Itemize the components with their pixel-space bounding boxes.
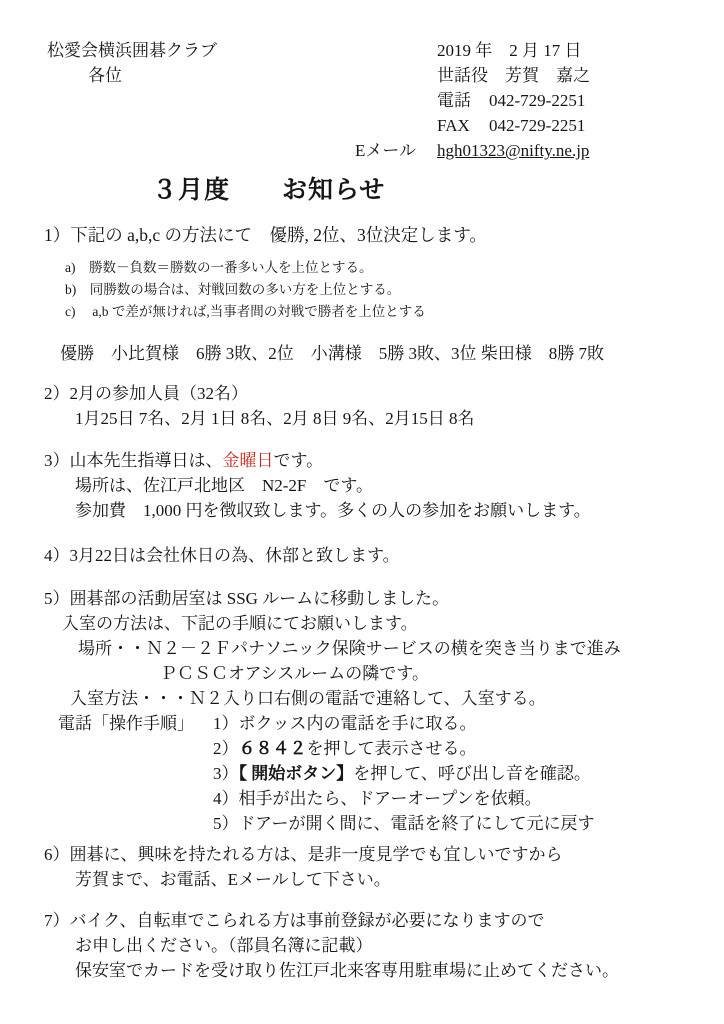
fax-number: 042-729-2251 xyxy=(489,116,585,135)
instruction-day-prefix: 3）山本先生指導日は、 xyxy=(44,451,223,470)
visitor-invite-line2: 芳賀まで、お電話、Eメールして下さい。 xyxy=(0,867,724,892)
ranking-rules-list: a) 勝数－負数＝勝数の一番多い人を上位とする。 b) 同勝数の場合は、対戦回数… xyxy=(0,257,724,323)
phone-step-3: 3）【 開始ボタン】を押して、呼び出し音を確認。 xyxy=(0,761,724,786)
rule-item-c: c) a,b で差が無ければ,当事者間の対戦で勝者を上位とする xyxy=(0,301,724,323)
section-5: 5）囲碁部の活動居室は SSG ルームに移動しました。 入室の方法は、下記の手順… xyxy=(0,586,724,836)
phone-step-3-button: 【 開始ボタン】 xyxy=(239,764,354,783)
phone-step-2: 2）６８４２を押して表示させる。 xyxy=(0,736,724,761)
parking-line3: 保安室でカードを受け取り佐江戸北来客専用駐車場に止めてください。 xyxy=(0,958,724,983)
instruction-place-line: 場所は、佐江戸北地区 N2-2F です。 xyxy=(0,473,724,498)
section-7: 7）バイク、自転車でこられる方は事前登録が必要になりますので お申し出ください。… xyxy=(0,908,724,983)
section-1-heading: 1）下記の a,b,c の方法にて 優勝, 2位、3位決定します。 xyxy=(0,223,724,248)
fax-label: FAX xyxy=(437,113,489,138)
phone-step-2-code: ６８４２ xyxy=(239,739,307,758)
section-3: 3）山本先生指導日は、金曜日です。 場所は、佐江戸北地区 N2-2F です。 参… xyxy=(0,448,724,523)
phone-step-4: 4）相手が出たら、ドアーオープンを依頼。 xyxy=(0,786,724,811)
section-6: 6）囲碁に、興味を持たれる方は、是非一度見学でも宜しいですから 芳賀まで、お電話… xyxy=(0,842,724,892)
phone-step-3-post: を押して、呼び出し音を確認。 xyxy=(353,764,591,783)
section-3-heading: 3）山本先生指導日は、金曜日です。 xyxy=(0,448,724,473)
email-line: Eメールhgh01323@nifty.ne.jp xyxy=(355,138,590,163)
section-2: 2）2月の参加人員（32名） 1月25日 7名、2月 1日 8名、2月 8日 9… xyxy=(0,381,724,431)
holiday-notice-line: 4）3月22日は会社休日の為、休部と致します。 xyxy=(0,543,724,568)
room-location-line2: ＰＣＳＣオアシスルームの隣です。 xyxy=(0,661,724,686)
notice-document: 松愛会横浜囲碁クラブ 各位 2019 年 2 月 17 日 世話役 芳賀 嘉之 … xyxy=(0,0,724,1024)
phone-procedure-row: 電話「操作手順」1）ボクッス内の電話を手に取る。 xyxy=(0,711,724,736)
tel-number: 042-729-2251 xyxy=(489,91,585,110)
fax-line: FAX042-729-2251 xyxy=(355,113,590,138)
contact-block: 2019 年 2 月 17 日 世話役 芳賀 嘉之 電話042-729-2251… xyxy=(355,38,590,163)
section-4: 4）3月22日は会社休日の為、休部と致します。 xyxy=(0,543,724,568)
parking-line1: 7）バイク、自転車でこられる方は事前登録が必要になりますので xyxy=(0,908,724,933)
instruction-fee-line: 参加費 1,000 円を徴収致します。多くの人の参加をお願いします。 xyxy=(0,498,724,523)
caretaker-line: 世話役 芳賀 嘉之 xyxy=(355,63,590,88)
tournament-result-line: 優勝 小比賀様 6勝 3敗、2位 小溝様 5勝 3敗、3位 柴田様 8勝 7敗 xyxy=(0,341,724,366)
phone-step-2-pre: 2） xyxy=(213,739,239,758)
email-link[interactable]: hgh01323@nifty.ne.jp xyxy=(437,141,589,160)
page-title: ３月度 お知らせ xyxy=(0,175,724,207)
phone-procedure-label: 電話「操作手順」 xyxy=(58,711,213,736)
section-2-heading: 2）2月の参加人員（32名） xyxy=(0,381,724,406)
rule-item-a: a) 勝数－負数＝勝数の一番多い人を上位とする。 xyxy=(0,257,724,279)
tel-line: 電話042-729-2251 xyxy=(355,88,590,113)
instruction-day-highlight: 金曜日 xyxy=(223,451,274,470)
entry-method-intro-line: 入室の方法は、下記の手順にてお願いします。 xyxy=(0,611,724,636)
parking-line2: お申し出ください。（部員名簿に記載） xyxy=(0,933,724,958)
phone-step-1: 1）ボクッス内の電話を手に取る。 xyxy=(213,714,477,733)
date-line: 2019 年 2 月 17 日 xyxy=(355,38,590,63)
document-header: 松愛会横浜囲碁クラブ 各位 2019 年 2 月 17 日 世話役 芳賀 嘉之 … xyxy=(0,38,724,165)
rule-item-b: b) 同勝数の場合は、対戦回数の多い方を上位とする。 xyxy=(0,279,724,301)
visitor-invite-line1: 6）囲碁に、興味を持たれる方は、是非一度見学でも宜しいですから xyxy=(0,842,724,867)
phone-step-3-pre: 3） xyxy=(213,764,239,783)
entry-method-line: 入室方法・・・Ｎ２入り口右側の電話で連絡して、入室する。 xyxy=(0,686,724,711)
room-location-line: 場所・・Ｎ２－２Ｆパナソニック保険サービスの横を突き当りまで進み xyxy=(0,636,724,661)
instruction-day-suffix: です。 xyxy=(274,451,324,470)
email-label: Eメール xyxy=(355,138,437,163)
room-move-line: 5）囲碁部の活動居室は SSG ルームに移動しました。 xyxy=(0,586,724,611)
phone-step-5: 5）ドアーが開く間に、電話を終了にして元に戻す xyxy=(0,811,724,836)
phone-step-2-post: を押して表示させる。 xyxy=(307,739,477,758)
tel-label: 電話 xyxy=(437,88,489,113)
attendance-detail-line: 1月25日 7名、2月 1日 8名、2月 8日 9名、2月15日 8名 xyxy=(0,406,724,431)
